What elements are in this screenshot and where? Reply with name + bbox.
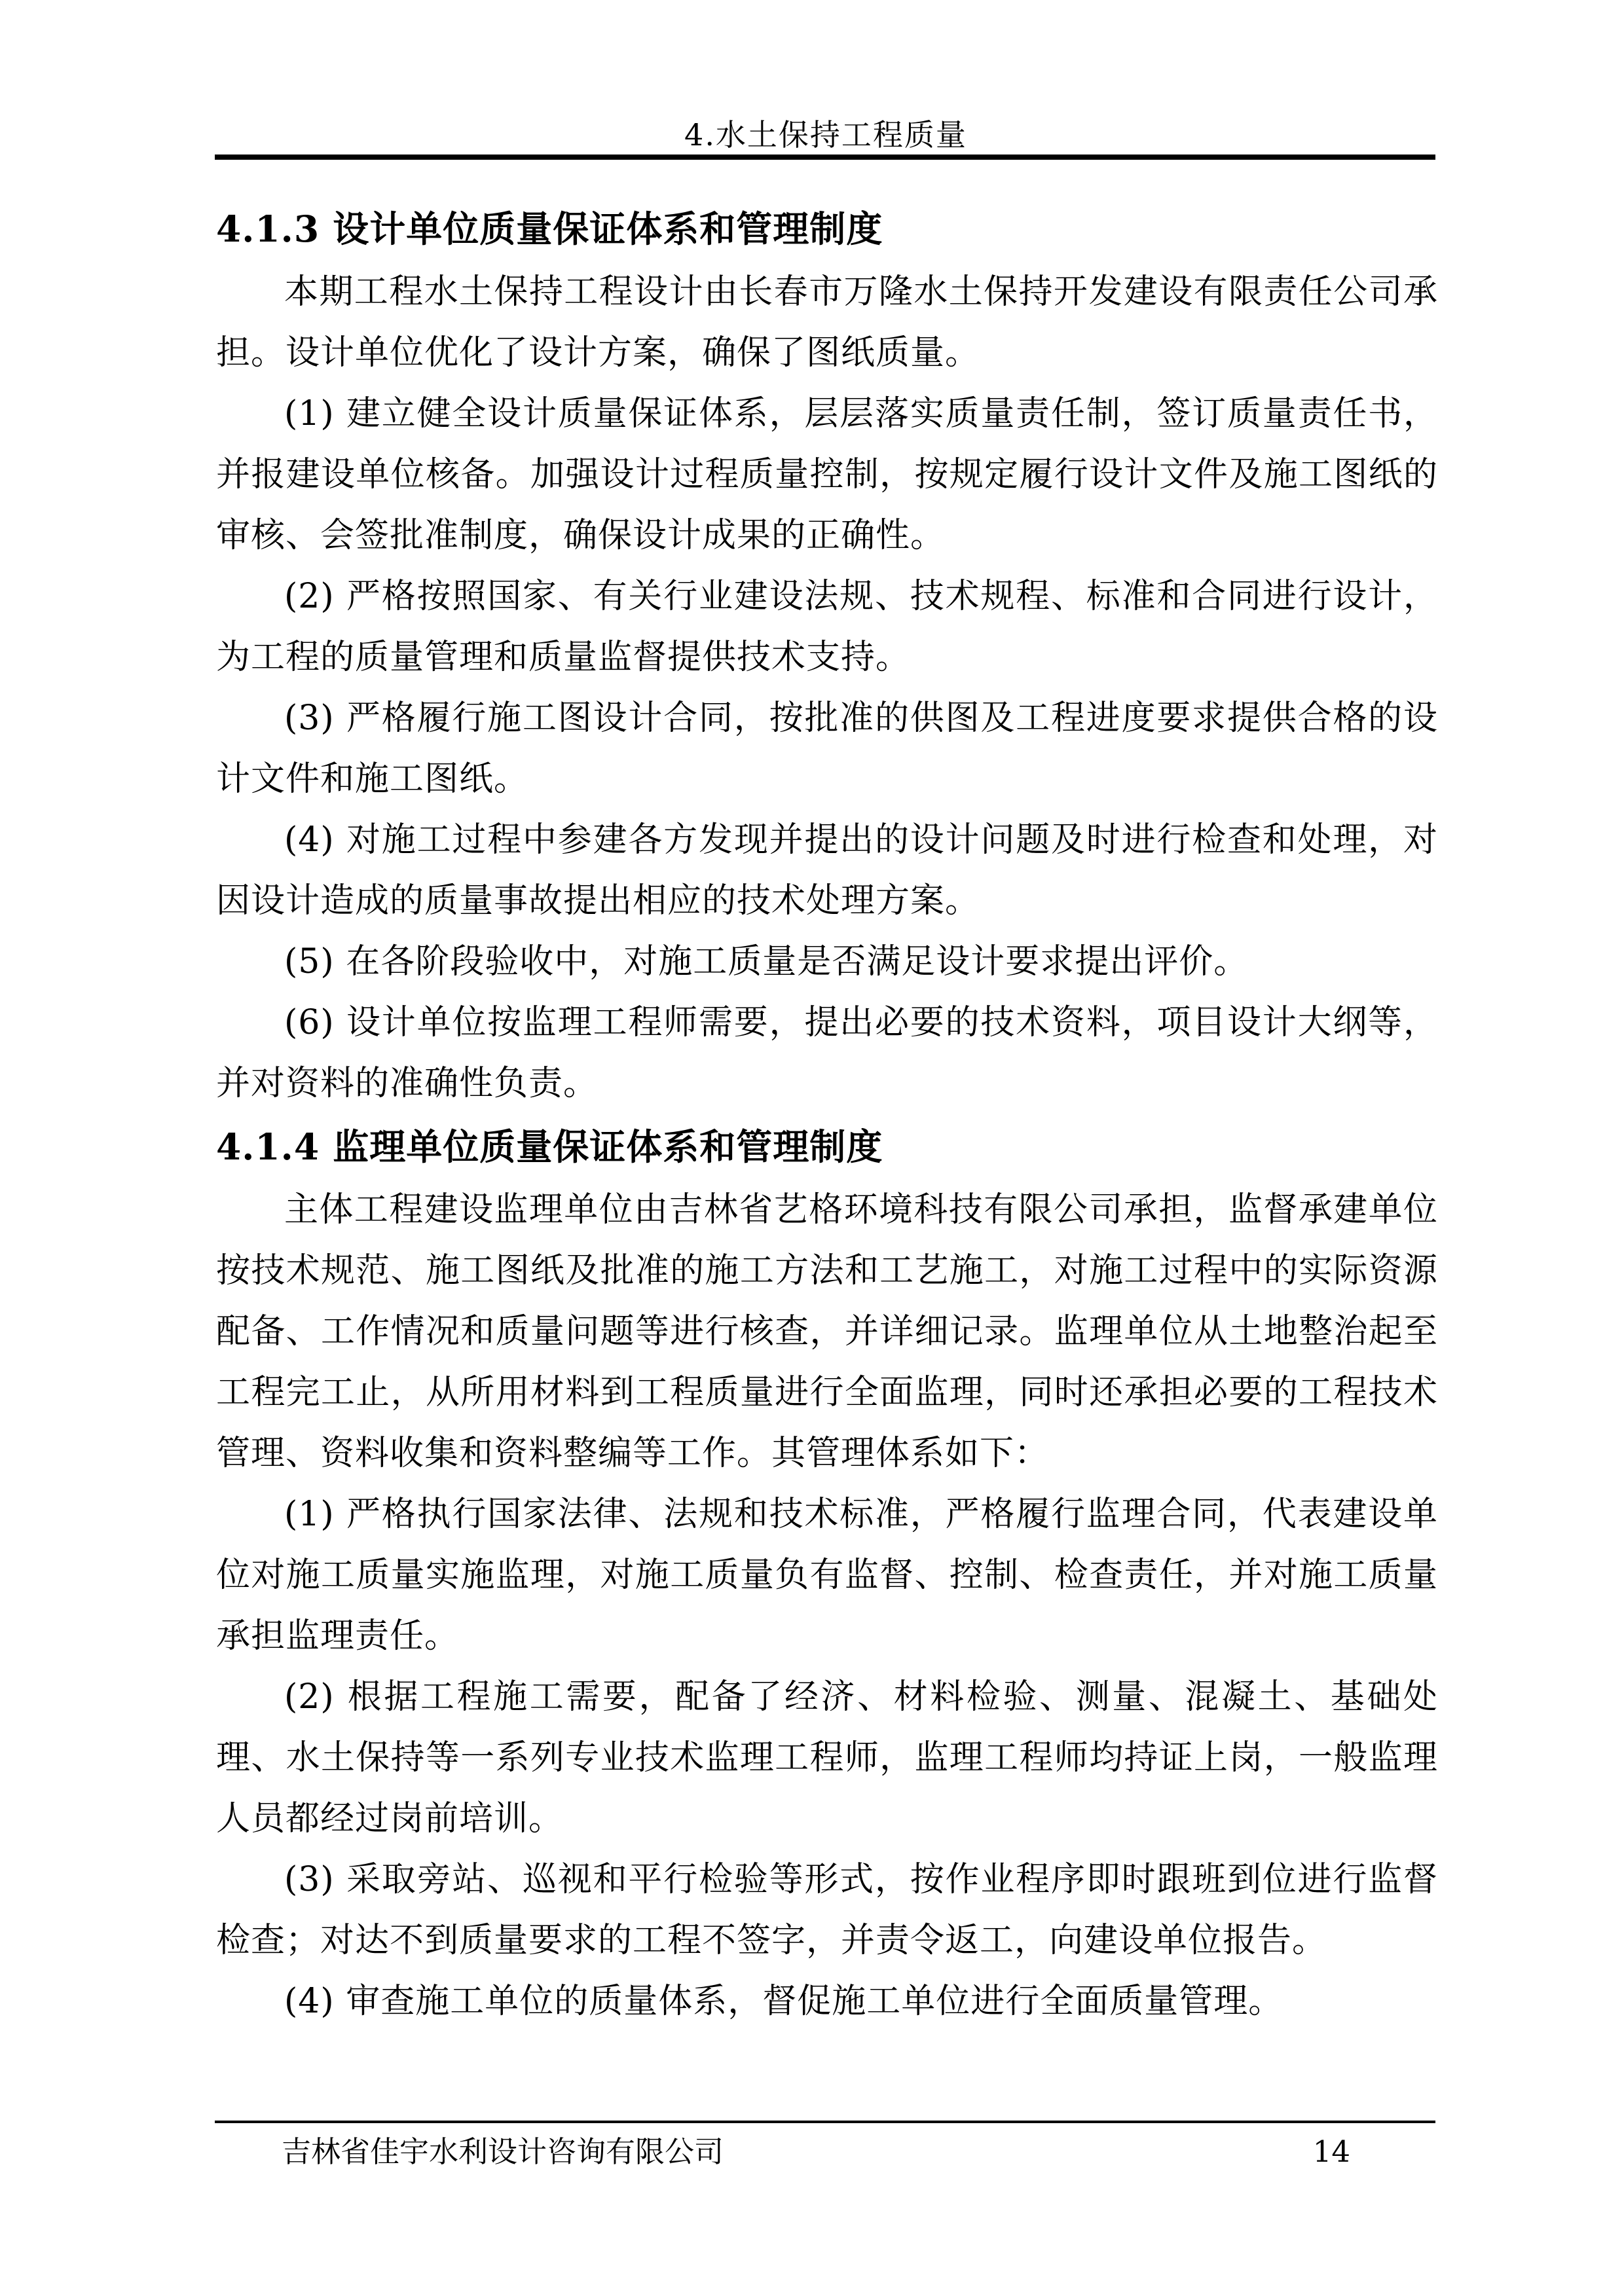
- section-heading-4-1-4: 4.1.4 监理单位质量保证体系和管理制度: [216, 1114, 1438, 1180]
- footer-rule: [215, 2121, 1435, 2123]
- paragraph: 主体工程建设监理单位由吉林省艺格环境科技有限公司承担，监督承建单位按技术规范、施…: [216, 1180, 1438, 1484]
- document-page: 4.水土保持工程质量 4.1.3 设计单位质量保证体系和管理制度 本期工程水土保…: [0, 0, 1624, 2296]
- paragraph: (4) 审查施工单位的质量体系，督促施工单位进行全面质量管理。: [216, 1971, 1438, 2032]
- paragraph: (6) 设计单位按监理工程师需要，提出必要的技术资料，项目设计大纲等，并对资料的…: [216, 993, 1438, 1114]
- paragraph: (5) 在各阶段验收中，对施工质量是否满足设计要求提出评价。: [216, 932, 1438, 993]
- page-header-title: 4.水土保持工程质量: [216, 117, 1435, 153]
- paragraph: (3) 严格履行施工图设计合同，按批准的供图及工程进度要求提供合格的设计文件和施…: [216, 688, 1438, 810]
- paragraph: (1) 严格执行国家法律、法规和技术标准，严格履行监理合同，代表建设单位对施工质…: [216, 1484, 1438, 1667]
- paragraph: 本期工程水土保持工程设计由长春市万隆水土保持开发建设有限责任公司承担。设计单位优…: [216, 262, 1438, 384]
- header-rule: [215, 155, 1435, 160]
- page-number: 14: [1313, 2132, 1350, 2172]
- paragraph: (4) 对施工过程中参建各方发现并提出的设计问题及时进行检查和处理，对因设计造成…: [216, 810, 1438, 932]
- section-heading-4-1-3: 4.1.3 设计单位质量保证体系和管理制度: [216, 196, 1438, 262]
- paragraph: (3) 采取旁站、巡视和平行检验等形式，按作业程序即时跟班到位进行监督检查；对达…: [216, 1850, 1438, 1971]
- paragraph: (1) 建立健全设计质量保证体系，层层落实质量责任制，签订质量责任书，并报建设单…: [216, 384, 1438, 566]
- page-footer: 吉林省佳宇水利设计咨询有限公司 14: [216, 2132, 1435, 2172]
- footer-company-name: 吉林省佳宇水利设计咨询有限公司: [216, 2132, 724, 2172]
- paragraph: (2) 根据工程施工需要，配备了经济、材料检验、测量、混凝土、基础处理、水土保持…: [216, 1667, 1438, 1850]
- paragraph: (2) 严格按照国家、有关行业建设法规、技术规程、标准和合同进行设计，为工程的质…: [216, 566, 1438, 688]
- document-body: 4.1.3 设计单位质量保证体系和管理制度 本期工程水土保持工程设计由长春市万隆…: [216, 196, 1438, 2032]
